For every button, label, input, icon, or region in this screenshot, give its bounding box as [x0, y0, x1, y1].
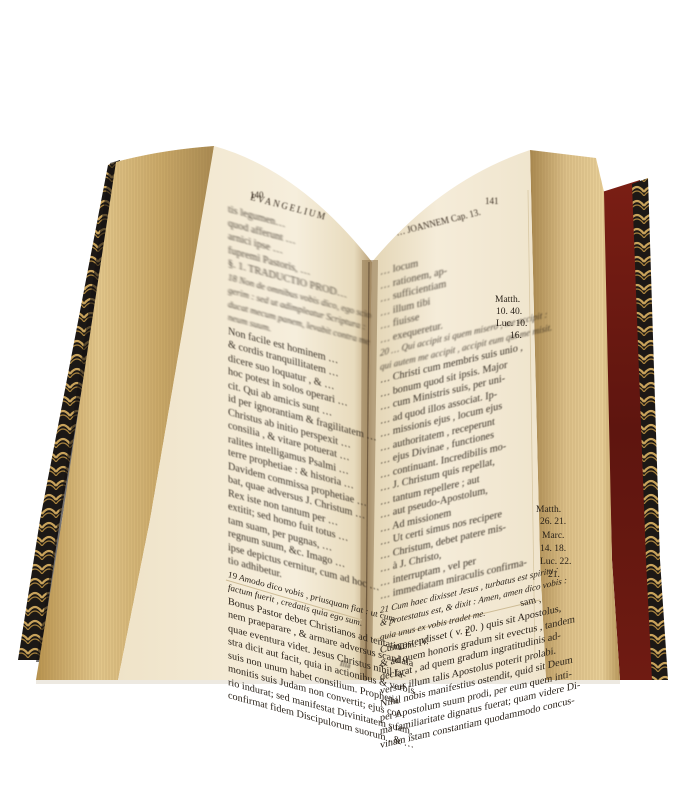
margin-ref: 26. 21. [540, 518, 566, 528]
margin-ref: Matth. [495, 296, 520, 306]
margin-ref: 10. 40. [496, 308, 522, 318]
photo-open-antique-book: 140 EVANGELIUM 141 … JOANNEM Cap. 13. ti… [0, 0, 700, 800]
margin-ref: 16. [510, 332, 522, 342]
margin-ref: Matth. [536, 506, 561, 516]
margin-ref: 21. [548, 571, 560, 581]
margin-ref: Luc. 10. [496, 320, 527, 330]
margin-ref: Luc. 22. [540, 558, 571, 568]
left-page-text: tis legumen… quod afferunt … arnici ipse… [228, 205, 378, 745]
margin-ref: 14. 18. [540, 545, 566, 555]
margin-ref: Marc. [542, 532, 564, 542]
signature-mark: L [465, 628, 471, 639]
right-page-number: 141 [485, 196, 499, 206]
